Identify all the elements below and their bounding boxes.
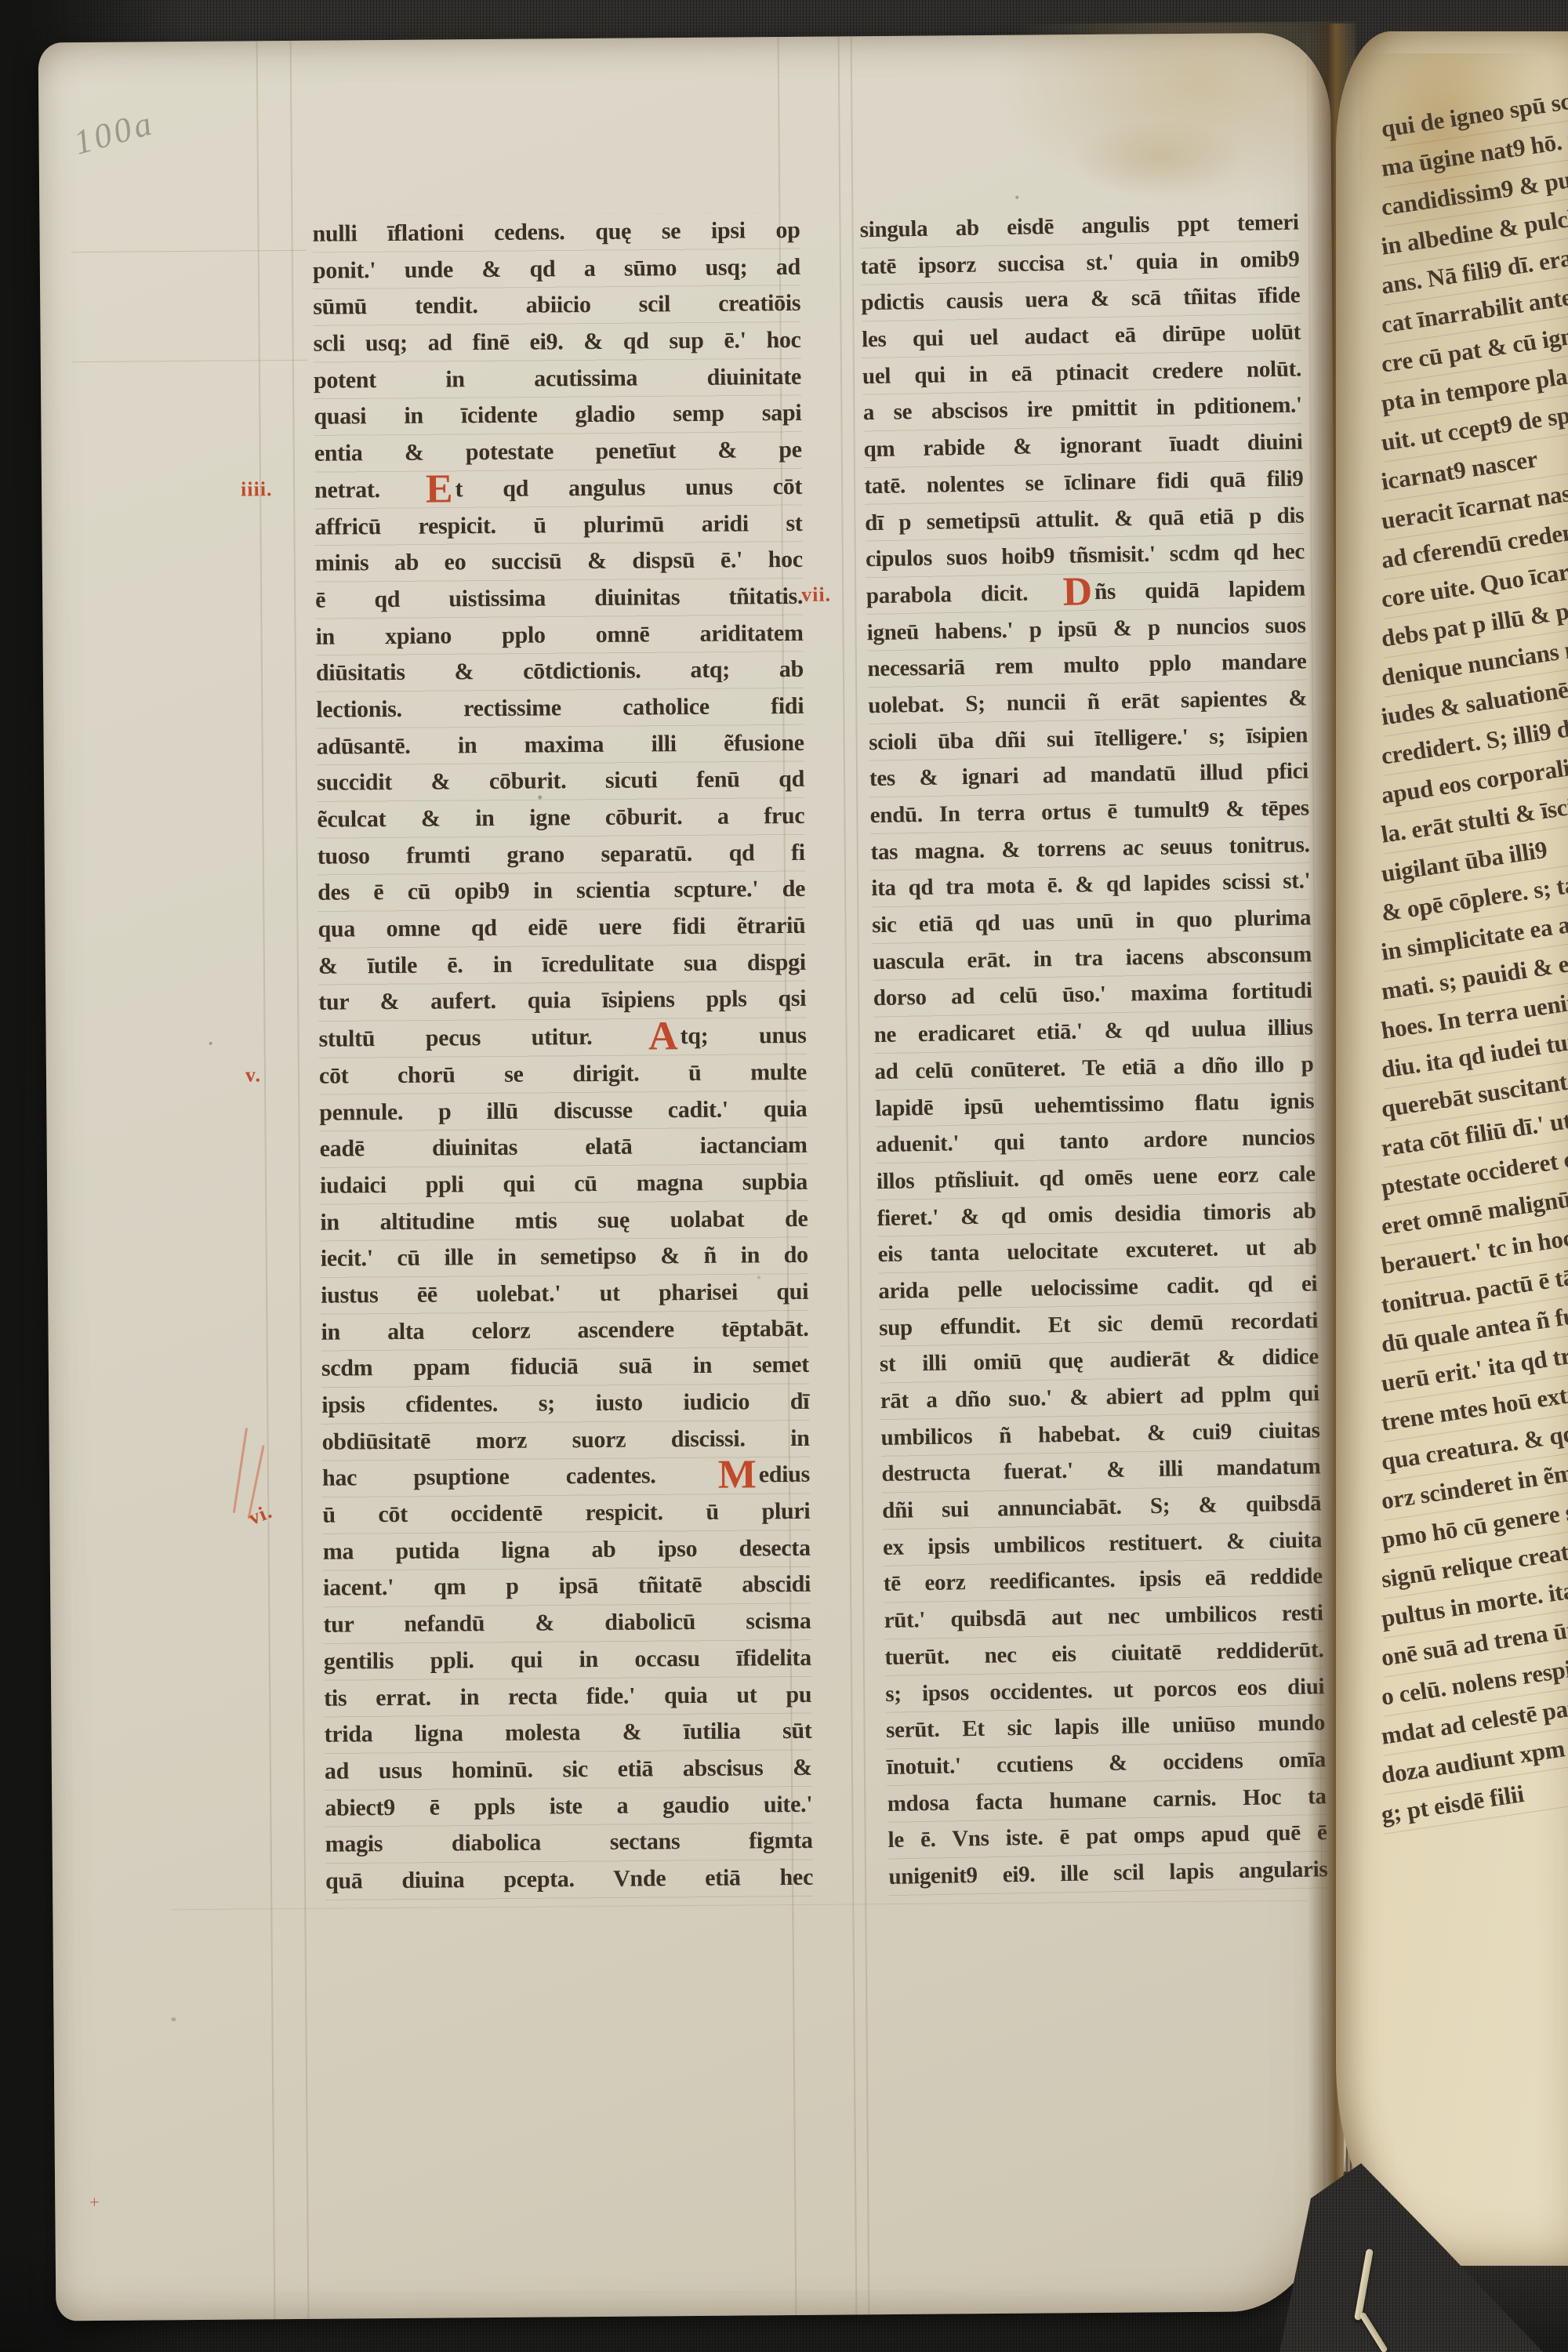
text-line: abiect9 ē ppls iste a gaudio uite.' [325, 1786, 812, 1827]
parchment-speck [209, 1042, 212, 1045]
text-line: stultū pecus utitur. Atq; unus [318, 1018, 806, 1058]
text-line: netrat. Et qd angulus unus cōt [314, 469, 802, 510]
text-line: in alta celorz ascendere tēptabāt. [321, 1310, 808, 1351]
parchment-speck [1015, 196, 1018, 199]
text-line: eadē diuinitas elatā iactanciam [320, 1127, 808, 1168]
text-line: hac psuptione cadentes. Medius [322, 1457, 810, 1497]
facing-page-text: qui de igneo spū scō ccept9ma ūgine nat9… [1381, 110, 1568, 1835]
text-line: quasi in īcidente gladio semp sapi [314, 395, 801, 436]
text-line: in altitudine mtis suę uolabat de [320, 1200, 808, 1241]
parchment-stain [1072, 118, 1245, 198]
text-line: scli usq; ad finē ei9. & qd sup ē.' hoc [313, 322, 800, 363]
text-line: des ē cū opib9 in scientia scpture.' de [318, 871, 805, 912]
folio-number: 100a [70, 103, 159, 163]
ruling-vertical [290, 41, 310, 2319]
text-line: ma putida ligna ab ipso desecta [323, 1530, 811, 1571]
rubric-initial: M [717, 1453, 757, 1497]
text-column-1: nulli īflationi cedens. quę se ipsi oppo… [312, 212, 813, 1904]
rubric-initial: D [1062, 569, 1093, 615]
parchment-speck [171, 2017, 176, 2021]
text-line: ū cōt occidentē respicit. ū pluri [322, 1494, 810, 1534]
text-line: potent in acutissima diuinitate [314, 359, 801, 400]
text-line: iacent.' qm p ipsā tñitatē abscidi [323, 1566, 811, 1607]
text-line: magis diabolica sectans figmta [325, 1823, 812, 1864]
rubric-initial: E [426, 466, 453, 511]
text-line: diūsitatis & cōtdictionis. atq; ab [316, 652, 804, 692]
text-line: ē qd uistissima diuinitas tñitatis. [315, 579, 803, 619]
text-line: minis ab eo succisū & dispsū ē.' hoc [315, 542, 803, 583]
text-line: sūmū tendit. abiicio scil creatiōis [313, 285, 800, 326]
margin-numeral: v. [245, 1063, 261, 1087]
text-line: lectionis. rectissime catholice fidi [316, 688, 804, 729]
text-line: quā diuina pcepta. Vnde etiā hec [325, 1860, 813, 1900]
text-line: tis errat. in recta fide.' quia ut pu [324, 1676, 811, 1717]
text-line: succidit & cōburit. sicuti fenū qd [317, 761, 804, 802]
ruling-horizontal [72, 360, 307, 362]
manuscript-photo: 100a nulli īflationi cedens. quę se ipsi… [0, 0, 1568, 2352]
parchment-stain [986, 21, 1356, 212]
text-line: ponit.' unde & qd a sūmo usq; ad [313, 249, 800, 290]
text-line: scdm ppam fiduciā suā in semet [321, 1347, 809, 1388]
text-line: ad usus hominū. sic etiā abscisus & [325, 1750, 812, 1791]
text-line: adūsantē. in maxima illi ẽfusione [316, 724, 804, 765]
text-line: pennule. p illū discusse cadit.' quia [319, 1091, 807, 1131]
red-plus-mark: + [89, 2192, 100, 2212]
text-line: ẽculcat & in igne cōburit. a fruc [317, 798, 804, 839]
text-line: & īutile ē. in īcredulitate sua dispgi [318, 945, 806, 985]
text-line: tur nefandū & diabolicū scisma [323, 1603, 811, 1644]
text-line: entia & potestate penetīut & pe [314, 432, 802, 473]
text-line: unigenit9 ei9. ille scil lapis angularis [888, 1851, 1328, 1895]
text-line: cōt chorū se dirigit. ū multe [319, 1054, 807, 1095]
text-line: in xpiano pplo omnē ariditatem [315, 615, 803, 655]
text-line: tur & aufert. quia īsipiens ppls qsi [318, 981, 806, 1022]
text-line: nulli īflationi cedens. quę se ipsi op [312, 212, 800, 253]
text-line: affricū respicit. ū plurimū aridi st [314, 505, 802, 546]
text-line: gentilis ppli. qui in occasu īfidelita [324, 1640, 811, 1681]
manuscript-left-page: 100a nulli īflationi cedens. quę se ipsi… [38, 33, 1348, 2321]
text-line: iustus ēē uolebat.' ut pharisei qui [321, 1274, 808, 1315]
text-line: iudaici ppli qui cū magna supbia [320, 1164, 808, 1205]
rubric-initial: A [648, 1014, 678, 1058]
margin-numeral: vii. [801, 583, 831, 607]
text-line: ipsis cfidentes. s; iusto iudicio dī [321, 1384, 809, 1425]
margin-numeral: iiii. [241, 477, 273, 501]
text-line: iecit.' cū ille in semetipso & ñ in do [321, 1237, 808, 1278]
red-pen-strokes [233, 1428, 248, 1513]
ruling-horizontal [71, 250, 307, 252]
ruling-vertical [256, 41, 276, 2319]
text-line: trida ligna molesta & īutilia sūt [324, 1713, 811, 1754]
text-line: tuoso frumti grano separatū. qd fi [318, 835, 805, 876]
text-column-2: singula ab eisdē angulis ppt temeritatē … [859, 205, 1327, 1899]
text-line: qua omne qd eidē uere fidi ẽtrariū [318, 908, 805, 949]
facing-page-sliver: qui de igneo spū scō ccept9ma ūgine nat9… [1336, 31, 1568, 2266]
